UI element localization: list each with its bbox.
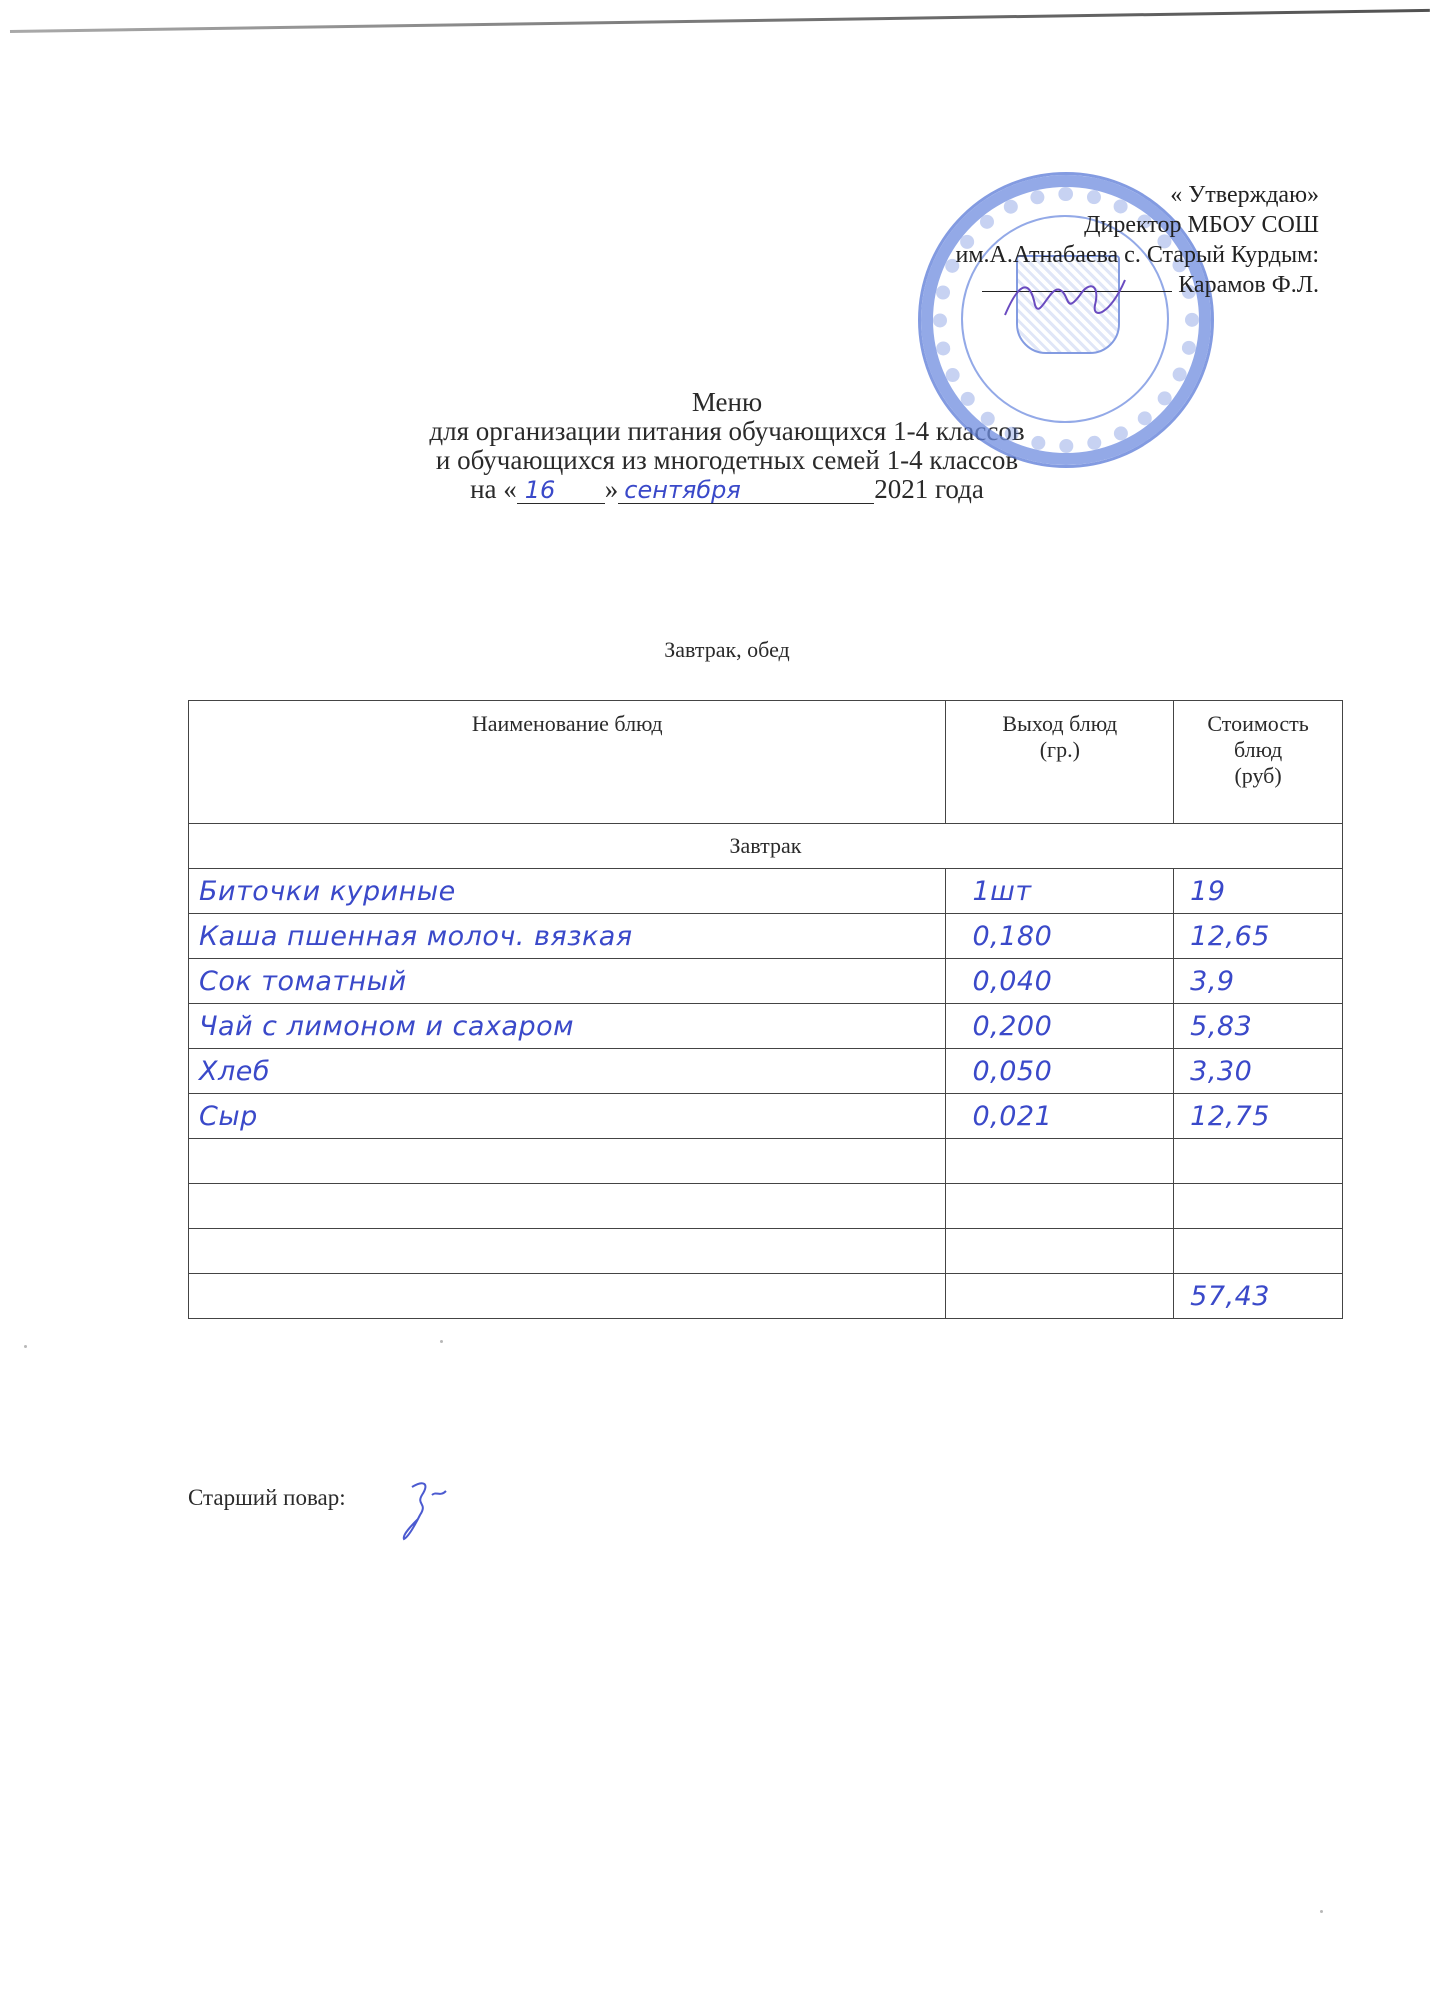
total-name-cell	[189, 1274, 946, 1319]
dish-cost: 12,65	[1174, 914, 1343, 959]
dish-cost	[1174, 1184, 1343, 1229]
title-date: на «16»сентября2021 года	[0, 475, 1454, 504]
dish-name	[189, 1139, 946, 1184]
document-title: Меню для организации питания обучающихся…	[0, 388, 1454, 504]
approval-position: Директор МБОУ СОШ	[956, 210, 1320, 240]
table-total-row: 57,43	[189, 1274, 1343, 1319]
title-menu: Меню	[0, 388, 1454, 417]
approval-signatory: Карамов Ф.Л.	[1178, 272, 1319, 298]
dish-cost: 3,30	[1174, 1049, 1343, 1094]
dish-name: Чай с лимоном и сахаром	[189, 1004, 946, 1049]
dish-name: Хлеб	[189, 1049, 946, 1094]
approval-school: им.А.Атнабаева с. Старый Курдым:	[956, 240, 1320, 270]
dish-cost: 3,9	[1174, 959, 1343, 1004]
dish-name: Каша пшенная молоч. вязкая	[189, 914, 946, 959]
dish-output: 0,021	[946, 1094, 1174, 1139]
date-day: 16	[517, 477, 605, 504]
table-row: Сок томатный 0,040 3,9	[189, 959, 1343, 1004]
scan-edge	[10, 9, 1430, 33]
table-row-empty	[189, 1229, 1343, 1274]
dish-cost	[1174, 1229, 1343, 1274]
table-row-empty	[189, 1139, 1343, 1184]
dish-name	[189, 1229, 946, 1274]
cook-signature-icon	[398, 1475, 458, 1545]
total-cost: 57,43	[1174, 1274, 1343, 1319]
dish-output: 0,050	[946, 1049, 1174, 1094]
table-row-empty	[189, 1184, 1343, 1229]
scan-speck	[1320, 1910, 1323, 1913]
header-dish-name: Наименование блюд	[189, 701, 946, 824]
dish-output: 1шт	[946, 869, 1174, 914]
dish-output	[946, 1184, 1174, 1229]
dish-name: Сок томатный	[189, 959, 946, 1004]
table-header-row: Наименование блюд Выход блюд(гр.) Стоимо…	[189, 701, 1343, 824]
table-row: Чай с лимоном и сахаром 0,200 5,83	[189, 1004, 1343, 1049]
director-signature-icon	[1000, 275, 1130, 325]
date-mid: »	[605, 474, 619, 504]
dish-cost: 5,83	[1174, 1004, 1343, 1049]
dish-cost: 12,75	[1174, 1094, 1343, 1139]
table-row: Биточки куриные 1шт 19	[189, 869, 1343, 914]
header-output: Выход блюд(гр.)	[946, 701, 1174, 824]
title-audience: и обучающихся из многодетных семей 1-4 к…	[0, 446, 1454, 475]
date-month: сентября	[618, 477, 874, 504]
dish-cost	[1174, 1139, 1343, 1184]
total-output-cell	[946, 1274, 1174, 1319]
scan-speck	[24, 1345, 27, 1348]
dish-output: 0,200	[946, 1004, 1174, 1049]
dish-name	[189, 1184, 946, 1229]
section-label: Завтрак	[189, 824, 1343, 869]
header-cost: Стоимостьблюд(руб)	[1174, 701, 1343, 824]
table-row: Каша пшенная молоч. вязкая 0,180 12,65	[189, 914, 1343, 959]
date-suffix: 2021 года	[874, 474, 984, 504]
approval-heading: « Утверждаю»	[956, 180, 1320, 210]
date-prefix: на «	[470, 474, 517, 504]
dish-cost: 19	[1174, 869, 1343, 914]
dish-name: Биточки куриные	[189, 869, 946, 914]
dish-output	[946, 1229, 1174, 1274]
dish-output: 0,180	[946, 914, 1174, 959]
dish-output	[946, 1139, 1174, 1184]
scan-speck	[440, 1340, 443, 1343]
dish-output: 0,040	[946, 959, 1174, 1004]
meal-label: Завтрак, обед	[0, 637, 1454, 663]
title-purpose: для организации питания обучающихся 1-4 …	[0, 417, 1454, 446]
table-row: Сыр 0,021 12,75	[189, 1094, 1343, 1139]
cook-label: Старший повар:	[188, 1485, 346, 1511]
table-row: Хлеб 0,050 3,30	[189, 1049, 1343, 1094]
menu-table: Наименование блюд Выход блюд(гр.) Стоимо…	[188, 700, 1343, 1319]
dish-name: Сыр	[189, 1094, 946, 1139]
section-row-breakfast: Завтрак	[189, 824, 1343, 869]
